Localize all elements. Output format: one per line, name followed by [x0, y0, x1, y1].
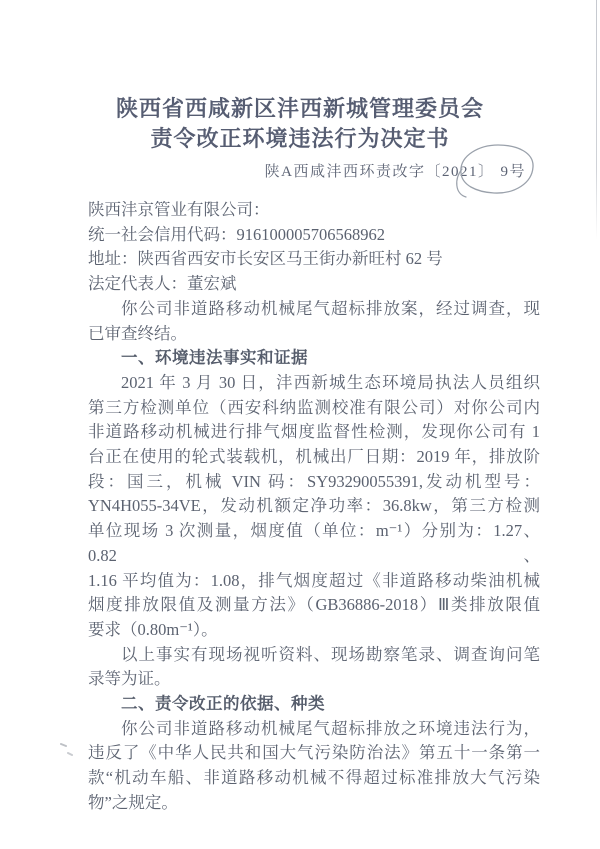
text-line: YN4H055-34VE，发动机额定净功率：36.8kw，第三方检测	[88, 494, 540, 519]
text-line: 单位现场 3 次测量，烟度值（单位：m⁻¹）分别为：1.27、0.82、	[88, 519, 540, 568]
document-number: 陕A西咸沣西环责改字〔2021〕9号	[0, 161, 600, 183]
text-line: 款“机动车船、非道路移动机械不得超过标准排放大气污染	[88, 766, 540, 791]
text-line: 统一社会信用代码：916100005706568962	[88, 223, 540, 248]
section-heading: 二、责令改正的依据、种类	[88, 692, 540, 717]
text-line: 段：国三，机械 VIN 码：SY93290055391,发动机型号：	[88, 470, 540, 495]
text-line: 烟度排放限值及测量方法》（GB36886-2018）Ⅲ类排放限值	[88, 593, 540, 618]
scanned-document-page: 陕西省西咸新区沣西新城管理委员会 责令改正环境违法行为决定书 陕A西咸沣西环责改…	[0, 0, 600, 849]
section-heading: 一、环境违法事实和证据	[88, 346, 540, 371]
text-line: 录等为证。	[88, 667, 540, 692]
text-line: 要求（0.80m⁻¹）。	[88, 618, 540, 643]
body-text: 陕西沣京管业有限公司：统一社会信用代码：916100005706568962地址…	[88, 198, 540, 816]
text-line: 违反了《中华人民共和国大气污染防治法》第五十一条第一	[88, 741, 540, 766]
text-line: 陕西沣京管业有限公司：	[88, 198, 540, 223]
text-line: 你公司非道路移动机械尾气超标排放之环境违法行为，	[88, 717, 540, 742]
scan-smudge-artifacts	[58, 740, 82, 762]
text-line: 以上事实有现场视听资料、现场勘察笔录、调查询问笔	[88, 643, 540, 668]
text-line: 物”之规定。	[88, 791, 540, 816]
text-line: 你公司非道路移动机械尾气超标排放案，经过调查，现	[88, 297, 540, 322]
text-line: 已审查终结。	[88, 322, 540, 347]
text-line: 第三方检测单位（西安科纳监测校准有限公司）对你公司内	[88, 396, 540, 421]
text-line: 法定代表人：董宏斌	[88, 272, 540, 297]
text-line: 地址：陕西省西安市长安区马王街办新旺村 62 号	[88, 247, 540, 272]
text-line: 1.16 平均值为：1.08，排气烟度超过《非道路移动柴油机械	[88, 569, 540, 594]
text-line: 非道路移动机械进行排气烟度监督性检测，发现你公司有 1	[88, 420, 540, 445]
document-header: 陕西省西咸新区沣西新城管理委员会 责令改正环境违法行为决定书 陕A西咸沣西环责改…	[0, 0, 600, 183]
text-line: 2021 年 3 月 30 日，沣西新城生态环境局执法人员组织	[88, 371, 540, 396]
document-number-prefix: 陕A西咸沣西环责改字〔2021〕	[265, 164, 495, 180]
document-number-circled: 9号	[494, 164, 526, 180]
text-line: 台正在使用的轮式装载机，机械出厂日期：2019 年，排放阶	[88, 445, 540, 470]
issuing-authority-title: 陕西省西咸新区沣西新城管理委员会	[0, 0, 600, 124]
document-type-title: 责令改正环境违法行为决定书	[0, 124, 600, 154]
